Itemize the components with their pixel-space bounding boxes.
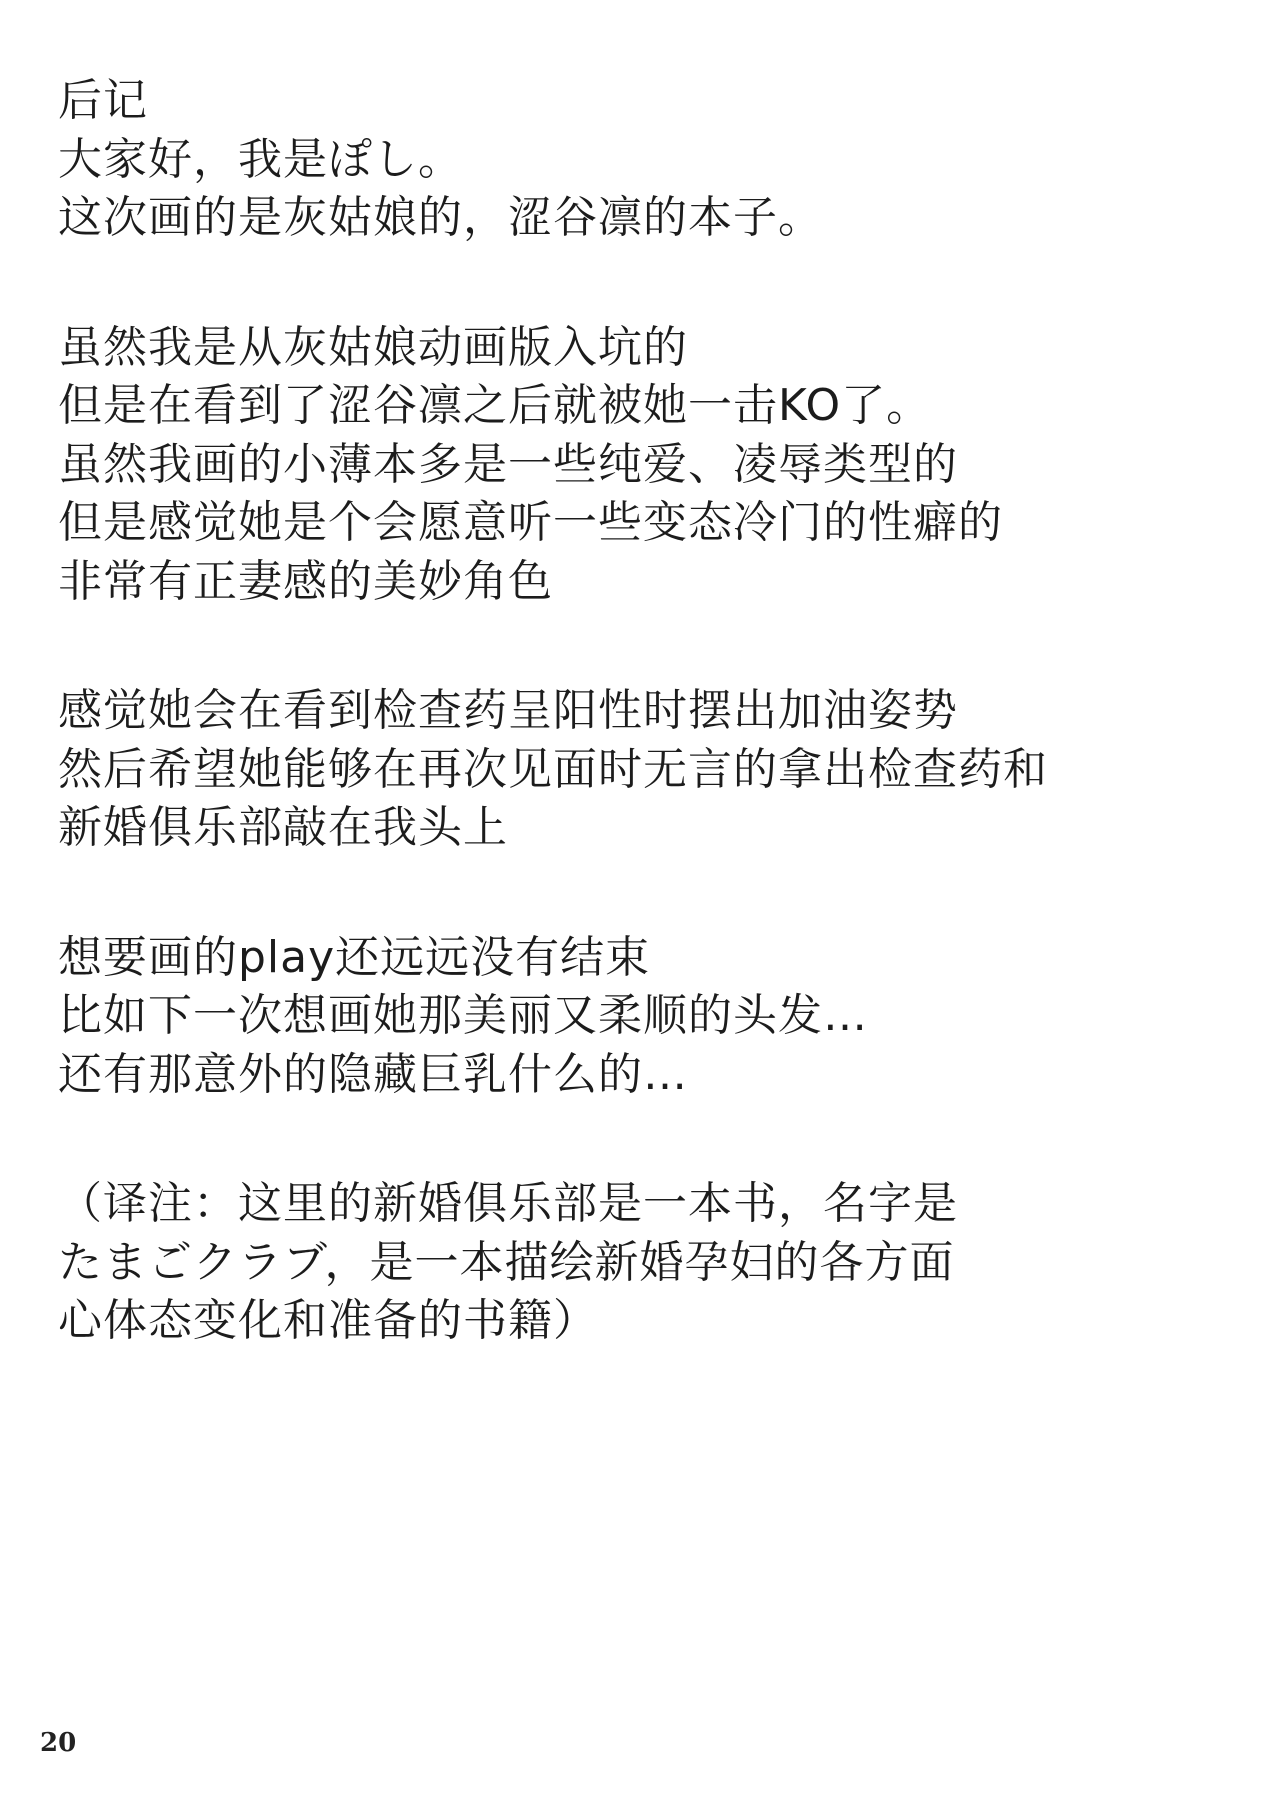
afterword-text: 后记 大家好，我是ぽし。 这次画的是灰姑娘的，涩谷凛的本子。 虽然我是从灰姑娘动…	[58, 72, 1158, 1351]
paragraph-future: 想要画的play还远远没有结束 比如下一次想画她那美丽又柔顺的头发… 还有那意外…	[58, 929, 1158, 1105]
text-line: 但是感觉她是个会愿意听一些变态冷门的性癖的	[58, 494, 1158, 553]
text-line: たまごクラブ，是一本描绘新婚孕妇的各方面	[58, 1234, 1158, 1293]
text-line: 但是在看到了涩谷凛之后就被她一击KO了。	[58, 377, 1158, 436]
paragraph-character: 虽然我是从灰姑娘动画版入坑的 但是在看到了涩谷凛之后就被她一击KO了。 虽然我画…	[58, 319, 1158, 612]
document-page: 后记 大家好，我是ぽし。 这次画的是灰姑娘的，涩谷凛的本子。 虽然我是从灰姑娘动…	[0, 0, 1280, 1820]
afterword-heading: 后记	[58, 72, 1158, 131]
paragraph-spacer	[58, 858, 1158, 929]
paragraph-spacer	[58, 611, 1158, 682]
text-line: 大家好，我是ぽし。	[58, 131, 1158, 190]
text-line: 想要画的play还远远没有结束	[58, 929, 1158, 988]
text-line: 新婚俱乐部敲在我头上	[58, 799, 1158, 858]
text-line: 比如下一次想画她那美丽又柔顺的头发…	[58, 987, 1158, 1046]
text-line: （译注：这里的新婚俱乐部是一本书，名字是	[58, 1175, 1158, 1234]
text-line: 感觉她会在看到检查药呈阳性时摆出加油姿势	[58, 682, 1158, 741]
page-number: 20	[40, 1728, 76, 1758]
text-line: 然后希望她能够在再次见面时无言的拿出检查药和	[58, 741, 1158, 800]
paragraph-translator-note: （译注：这里的新婚俱乐部是一本书，名字是 たまごクラブ，是一本描绘新婚孕妇的各方…	[58, 1175, 1158, 1351]
paragraph-wish: 感觉她会在看到检查药呈阳性时摆出加油姿势 然后希望她能够在再次见面时无言的拿出检…	[58, 682, 1158, 858]
paragraph-spacer	[58, 1104, 1158, 1175]
text-line: 这次画的是灰姑娘的，涩谷凛的本子。	[58, 189, 1158, 248]
paragraph-spacer	[58, 248, 1158, 319]
text-line: 非常有正妻感的美妙角色	[58, 553, 1158, 612]
paragraph-intro: 后记 大家好，我是ぽし。 这次画的是灰姑娘的，涩谷凛的本子。	[58, 72, 1158, 248]
text-line: 虽然我是从灰姑娘动画版入坑的	[58, 319, 1158, 378]
text-line: 心体态变化和准备的书籍）	[58, 1292, 1158, 1351]
text-line: 虽然我画的小薄本多是一些纯爱、凌辱类型的	[58, 436, 1158, 495]
text-line: 还有那意外的隐藏巨乳什么的…	[58, 1046, 1158, 1105]
